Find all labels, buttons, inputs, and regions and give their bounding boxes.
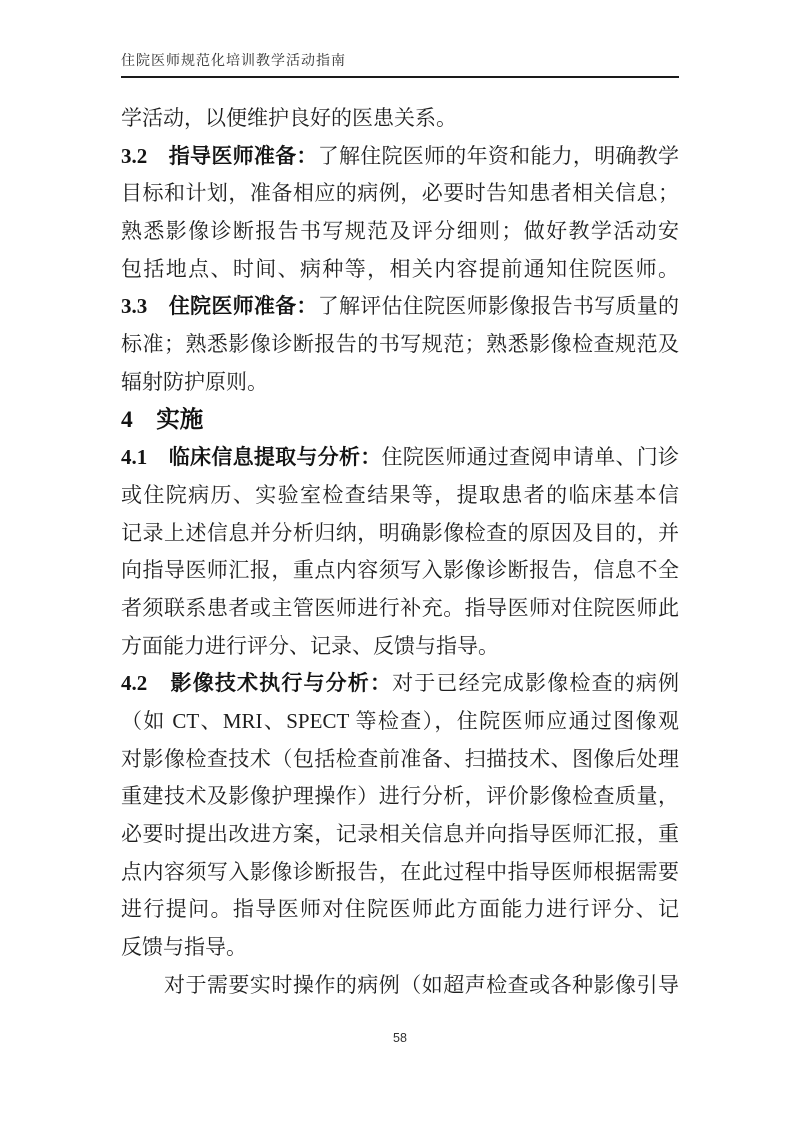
text-segment: 辐射防护原则。 xyxy=(121,370,268,394)
text-segment: 必要时提出改进方案，记录相关信息并向指导医师汇报，重 xyxy=(121,822,679,846)
text-segment: 对于需要实时操作的病例（如超声检查或各种影像引导 xyxy=(164,973,679,997)
body-text: 学活动，以便维护良好的医患关系。 3.2 指导医师准备：了解住院医师的年资和能力… xyxy=(121,100,679,1005)
section-lead-3-3: 3.3 住院医师准备： xyxy=(121,294,318,318)
text-segment: 重建技术及影像护理操作）进行分析，评价影像检查质量， xyxy=(121,784,679,808)
text-line: 重建技术及影像护理操作）进行分析，评价影像检查质量， xyxy=(121,778,679,816)
text-segment: 了解评估住院医师影像报告书写质量的 xyxy=(318,294,679,318)
text-line: 必要时提出改进方案，记录相关信息并向指导医师汇报，重 xyxy=(121,816,679,854)
text-segment: 学活动，以便维护良好的医患关系。 xyxy=(121,106,457,130)
running-header-title: 住院医师规范化培训教学活动指南 xyxy=(121,50,679,70)
text-segment: 熟悉影像诊断报告书写规范及评分细则；做好教学活动安排， xyxy=(121,219,679,251)
section-lead-4-1: 4.1 临床信息提取与分析： xyxy=(121,445,382,469)
text-line: 方面能力进行评分、记录、反馈与指导。 xyxy=(121,628,679,666)
text-line: 者须联系患者或主管医师进行补充。指导医师对住院医师此 xyxy=(121,590,679,628)
text-segment: 方面能力进行评分、记录、反馈与指导。 xyxy=(121,634,499,658)
text-line: 点内容须写入影像诊断报告，在此过程中指导医师根据需要 xyxy=(121,854,679,892)
text-line: 记录上述信息并分析归纳，明确影像检查的原因及目的，并 xyxy=(121,515,679,553)
text-line: 标准；熟悉影像诊断报告的书写规范；熟悉影像检查规范及 xyxy=(121,326,679,364)
running-header: 住院医师规范化培训教学活动指南 xyxy=(121,50,679,78)
text-segment: 对于已经完成影像检查的病例 xyxy=(392,671,679,695)
text-segment: （如 CT、MRI、SPECT 等检查），住院医师应通过图像观察， xyxy=(121,709,679,741)
text-segment: 进行提问。指导医师对住院医师此方面能力进行评分、记录、 xyxy=(121,897,679,929)
text-segment: 目标和计划，准备相应的病例，必要时告知患者相关信息； xyxy=(121,181,679,205)
section-heading-text: 4 实施 xyxy=(121,407,203,433)
text-segment: 记录上述信息并分析归纳，明确影像检查的原因及目的，并 xyxy=(121,521,679,545)
text-segment: 对影像检查技术（包括检查前准备、扫描技术、图像后处理 xyxy=(121,747,679,771)
text-line: 目标和计划，准备相应的病例，必要时告知患者相关信息； xyxy=(121,175,679,213)
text-segment: 住院医师通过查阅申请单、门诊 xyxy=(382,445,680,469)
text-line-new-paragraph: 对于需要实时操作的病例（如超声检查或各种影像引导 xyxy=(121,967,679,1005)
text-line: 向指导医师汇报，重点内容须写入影像诊断报告，信息不全 xyxy=(121,552,679,590)
text-segment: 点内容须写入影像诊断报告，在此过程中指导医师根据需要 xyxy=(121,860,679,884)
text-line: 学活动，以便维护良好的医患关系。 xyxy=(121,100,679,138)
section-lead-3-2: 3.2 指导医师准备： xyxy=(121,144,318,168)
text-line-section-3-3: 3.3 住院医师准备：了解评估住院医师影像报告书写质量的 xyxy=(121,288,679,326)
text-line: 包括地点、时间、病种等，相关内容提前通知住院医师。 xyxy=(121,251,679,289)
text-line: 辐射防护原则。 xyxy=(121,364,679,402)
text-line: 进行提问。指导医师对住院医师此方面能力进行评分、记录、 xyxy=(121,891,679,929)
text-line: 反馈与指导。 xyxy=(121,929,679,967)
text-segment: 了解住院医师的年资和能力，明确教学 xyxy=(318,144,679,168)
section-heading-4: 4 实施 xyxy=(121,402,679,440)
page-number: 58 xyxy=(0,1031,800,1045)
text-segment: 反馈与指导。 xyxy=(121,935,247,959)
text-line: 熟悉影像诊断报告书写规范及评分细则；做好教学活动安排， xyxy=(121,213,679,251)
text-line: （如 CT、MRI、SPECT 等检查），住院医师应通过图像观察， xyxy=(121,703,679,741)
text-line: 对影像检查技术（包括检查前准备、扫描技术、图像后处理 xyxy=(121,741,679,779)
text-line: 或住院病历、实验室检查结果等，提取患者的临床基本信息， xyxy=(121,477,679,515)
text-line-section-4-2: 4.2 影像技术执行与分析：对于已经完成影像检查的病例 xyxy=(121,665,679,703)
text-segment: 或住院病历、实验室检查结果等，提取患者的临床基本信息， xyxy=(121,483,679,515)
section-lead-4-2: 4.2 影像技术执行与分析： xyxy=(121,671,392,695)
text-segment: 向指导医师汇报，重点内容须写入影像诊断报告，信息不全 xyxy=(121,558,679,582)
text-segment: 者须联系患者或主管医师进行补充。指导医师对住院医师此 xyxy=(121,596,679,620)
text-segment: 标准；熟悉影像诊断报告的书写规范；熟悉影像检查规范及 xyxy=(121,332,679,356)
text-line-section-4-1: 4.1 临床信息提取与分析：住院医师通过查阅申请单、门诊 xyxy=(121,439,679,477)
text-line-section-3-2: 3.2 指导医师准备：了解住院医师的年资和能力，明确教学 xyxy=(121,138,679,176)
text-segment: 包括地点、时间、病种等，相关内容提前通知住院医师。 xyxy=(121,257,679,281)
document-page: 住院医师规范化培训教学活动指南 学活动，以便维护良好的医患关系。 3.2 指导医… xyxy=(0,0,800,1131)
